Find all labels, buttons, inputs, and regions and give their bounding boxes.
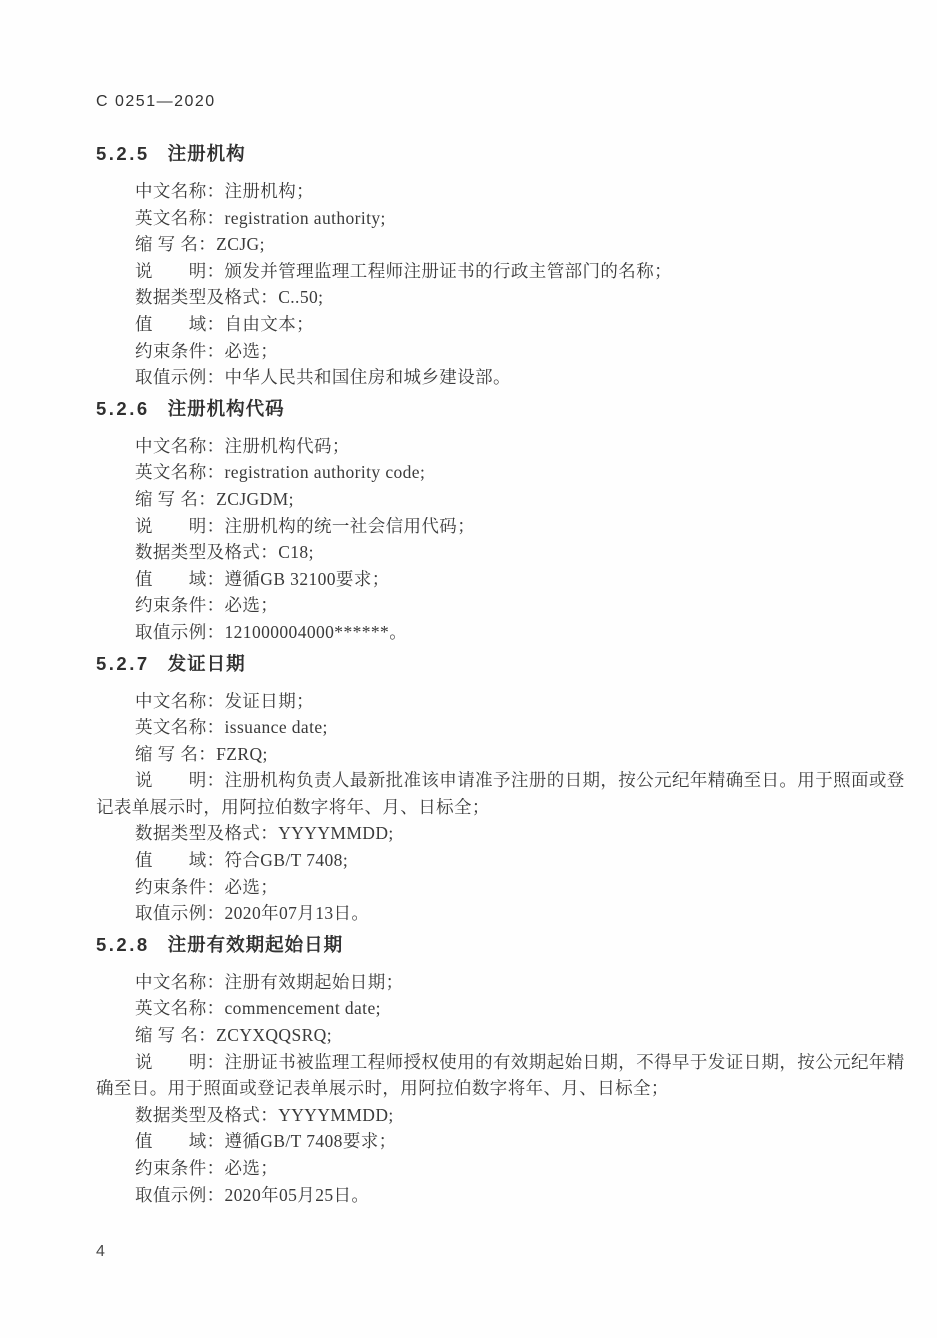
field-row: 取值示例：中华人民共和国住房和城乡建设部。 <box>96 364 905 391</box>
field-label: 英文名称： <box>135 208 225 228</box>
page-number: 4 <box>96 1242 905 1262</box>
field-row: 中文名称：注册有效期起始日期； <box>96 969 905 996</box>
section-number: 5.2.7 <box>96 653 150 674</box>
field-value: 中华人民共和国住房和城乡建设部。 <box>225 367 511 387</box>
field-row: 约束条件：必选； <box>96 1155 905 1182</box>
field-label: 英文名称： <box>135 717 225 737</box>
section-number: 5.2.6 <box>96 398 150 419</box>
field-row: 值 域：遵循GB/T 7408要求； <box>96 1128 905 1155</box>
field-row: 英文名称：commencement date; <box>96 995 905 1022</box>
field-row: 约束条件：必选； <box>96 592 905 619</box>
field-row: 约束条件：必选； <box>96 874 905 901</box>
field-row: 说 明：注册机构的统一社会信用代码； <box>96 513 905 540</box>
field-label: 缩 写 名： <box>135 489 216 509</box>
field-value: issuance date; <box>225 717 328 737</box>
section-registration-authority: 5.2.5注册机构 中文名称：注册机构； 英文名称：registration a… <box>96 142 905 391</box>
field-value: 2020年05月25日。 <box>225 1185 370 1205</box>
section-title: 发证日期 <box>168 653 246 674</box>
field-label: 中文名称： <box>135 691 225 711</box>
field-label: 中文名称： <box>135 181 225 201</box>
field-row: 数据类型及格式：YYYYMMDD; <box>96 820 905 847</box>
field-label: 约束条件： <box>135 1158 225 1178</box>
section-number: 5.2.8 <box>96 934 150 955</box>
field-value: 必选； <box>225 877 279 897</box>
field-row: 数据类型及格式：C18; <box>96 539 905 566</box>
field-label: 说 明： <box>135 261 225 281</box>
section-commencement-date: 5.2.8注册有效期起始日期 中文名称：注册有效期起始日期； 英文名称：comm… <box>96 933 905 1208</box>
section-registration-authority-code: 5.2.6注册机构代码 中文名称：注册机构代码； 英文名称：registrati… <box>96 397 905 646</box>
field-value: 符合GB/T 7408; <box>225 850 349 870</box>
field-value: 发证日期； <box>225 691 315 711</box>
field-row: 中文名称：注册机构代码； <box>96 433 905 460</box>
field-row: 中文名称：注册机构； <box>96 178 905 205</box>
field-value: YYYYMMDD; <box>278 1105 393 1125</box>
field-label: 中文名称： <box>135 972 225 992</box>
field-label: 英文名称： <box>135 462 225 482</box>
field-row: 中文名称：发证日期； <box>96 688 905 715</box>
field-row: 值 域：遵循GB 32100要求； <box>96 566 905 593</box>
doc-code-header: C 0251—2020 <box>96 92 905 112</box>
field-label: 数据类型及格式： <box>135 287 278 307</box>
field-row: 缩 写 名：ZCJG; <box>96 231 905 258</box>
field-label: 说 明： <box>135 770 225 790</box>
field-value: C..50; <box>278 287 323 307</box>
field-value: 注册机构的统一社会信用代码； <box>225 516 476 536</box>
field-row: 英文名称：registration authority code; <box>96 459 905 486</box>
field-value: commencement date; <box>225 998 381 1018</box>
field-label: 数据类型及格式： <box>135 1105 278 1125</box>
field-label: 取值示例： <box>135 622 225 642</box>
field-value: ZCJGDM; <box>216 489 294 509</box>
field-row: 缩 写 名：ZCJGDM; <box>96 486 905 513</box>
field-label: 缩 写 名： <box>135 744 216 764</box>
field-row: 说 明：注册机构负责人最新批准该申请准予注册的日期，按公元纪年精确至日。用于照面… <box>96 767 905 820</box>
field-value: 2020年07月13日。 <box>225 903 370 923</box>
field-label: 数据类型及格式： <box>135 542 278 562</box>
field-value: registration authority; <box>225 208 386 228</box>
field-label: 取值示例： <box>135 1185 225 1205</box>
field-value: 必选； <box>225 341 279 361</box>
section-heading: 5.2.5注册机构 <box>96 142 905 166</box>
field-label: 英文名称： <box>135 998 225 1018</box>
section-heading: 5.2.6注册机构代码 <box>96 397 905 421</box>
field-value: 注册机构； <box>225 181 315 201</box>
section-number: 5.2.5 <box>96 143 150 164</box>
field-value: 自由文本； <box>225 314 315 334</box>
section-title: 注册机构代码 <box>168 398 285 419</box>
field-row: 说 明：颁发并管理监理工程师注册证书的行政主管部门的名称； <box>96 258 905 285</box>
field-row: 英文名称：registration authority; <box>96 205 905 232</box>
field-row: 取值示例：121000004000******。 <box>96 619 905 646</box>
field-value: 必选； <box>225 595 279 615</box>
field-row: 值 域：符合GB/T 7408; <box>96 847 905 874</box>
field-label: 取值示例： <box>135 903 225 923</box>
field-row: 取值示例：2020年05月25日。 <box>96 1182 905 1209</box>
field-row: 英文名称：issuance date; <box>96 714 905 741</box>
field-label: 取值示例： <box>135 367 225 387</box>
section-heading: 5.2.7发证日期 <box>96 652 905 676</box>
field-row: 数据类型及格式：YYYYMMDD; <box>96 1102 905 1129</box>
field-label: 说 明： <box>135 1052 225 1072</box>
document-page: C 0251—2020 5.2.5注册机构 中文名称：注册机构； 英文名称：re… <box>0 0 937 1338</box>
field-label: 值 域： <box>135 569 225 589</box>
field-row: 约束条件：必选； <box>96 338 905 365</box>
field-value: registration authority code; <box>225 462 426 482</box>
field-label: 值 域： <box>135 850 225 870</box>
section-issuance-date: 5.2.7发证日期 中文名称：发证日期； 英文名称：issuance date;… <box>96 652 905 927</box>
field-value: FZRQ; <box>216 744 268 764</box>
field-row: 取值示例：2020年07月13日。 <box>96 900 905 927</box>
field-value: 注册机构代码； <box>225 436 350 456</box>
field-label: 数据类型及格式： <box>135 823 278 843</box>
field-row: 缩 写 名：ZCYXQQSRQ; <box>96 1022 905 1049</box>
field-label: 缩 写 名： <box>135 1025 216 1045</box>
field-value: C18; <box>278 542 314 562</box>
field-value: 遵循GB 32100要求； <box>225 569 390 589</box>
field-label: 值 域： <box>135 314 225 334</box>
field-value: 颁发并管理监理工程师注册证书的行政主管部门的名称； <box>225 261 673 281</box>
field-label: 约束条件： <box>135 595 225 615</box>
field-label: 缩 写 名： <box>135 234 216 254</box>
field-value: 121000004000******。 <box>225 622 408 642</box>
field-value: ZCYXQQSRQ; <box>216 1025 332 1045</box>
field-row: 数据类型及格式：C..50; <box>96 284 905 311</box>
field-row: 值 域：自由文本； <box>96 311 905 338</box>
field-label: 说 明： <box>135 516 225 536</box>
field-value: 必选； <box>225 1158 279 1178</box>
section-heading: 5.2.8注册有效期起始日期 <box>96 933 905 957</box>
field-value: 遵循GB/T 7408要求； <box>225 1131 397 1151</box>
field-row: 说 明：注册证书被监理工程师授权使用的有效期起始日期，不得早于发证日期，按公元纪… <box>96 1049 905 1102</box>
field-value: ZCJG; <box>216 234 265 254</box>
section-title: 注册有效期起始日期 <box>168 934 344 955</box>
field-label: 中文名称： <box>135 436 225 456</box>
field-label: 值 域： <box>135 1131 225 1151</box>
section-title: 注册机构 <box>168 143 246 164</box>
field-label: 约束条件： <box>135 877 225 897</box>
field-value: 注册有效期起始日期； <box>225 972 404 992</box>
field-value: YYYYMMDD; <box>278 823 393 843</box>
field-label: 约束条件： <box>135 341 225 361</box>
field-row: 缩 写 名：FZRQ; <box>96 741 905 768</box>
